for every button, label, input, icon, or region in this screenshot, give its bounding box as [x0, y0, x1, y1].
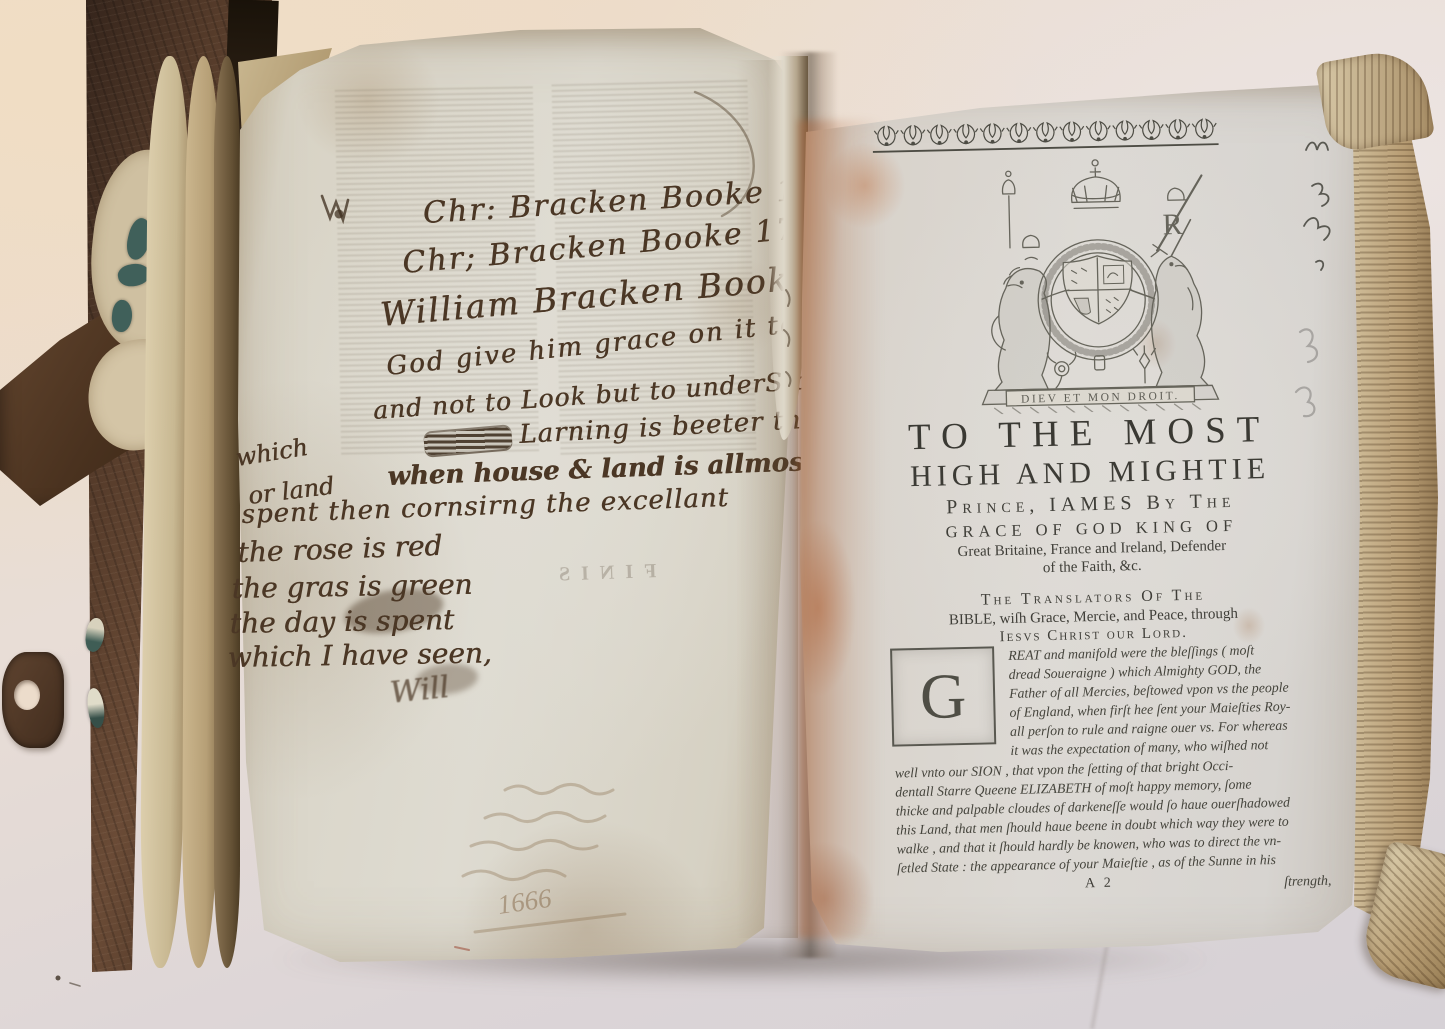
scepter-icon: [1002, 171, 1016, 248]
svg-text:R: R: [1162, 208, 1183, 241]
crown-icon: [1071, 159, 1121, 208]
bleedthrough-year: 1666: [496, 883, 554, 920]
curled-corner-top: [1315, 45, 1435, 154]
photo-antique-book: FINIS Chr: Bracken Booke 1424 Chr; Brack…: [0, 0, 1445, 1029]
torn-page-strip: [214, 56, 240, 968]
debris-speck: [70, 983, 80, 986]
clasp-remnant: [2, 652, 64, 748]
unicorn-supporter-icon: [1129, 219, 1208, 387]
dedication-line: dread Soueraigne ) which Almighty GOD, t…: [1009, 661, 1262, 683]
finis-bleedthrough: FINIS: [548, 560, 657, 587]
arms-motto-text: DIEV ET MON DROIT.: [1021, 390, 1180, 406]
debris-speck: [56, 976, 61, 981]
owner-signature: Will: [388, 670, 450, 711]
rose-icon: [1047, 352, 1076, 388]
inscription-line: the gras is green: [231, 568, 472, 605]
drop-cap-woodcut: G: [890, 646, 996, 746]
dedication-page-content: R: [826, 106, 1364, 928]
inscription-line: which I have seen,: [227, 636, 492, 674]
inscription-line: the day is spent: [229, 603, 454, 640]
garter-shield-icon: [1037, 239, 1160, 372]
drop-cap-letter: G: [919, 659, 967, 734]
royal-coat-of-arms: R: [945, 147, 1251, 416]
bleedthrough-inscription: 1666: [415, 772, 755, 947]
thistle-icon: [1133, 346, 1156, 383]
dedication-line: it was the expectation of many, who wiſh…: [1010, 737, 1268, 759]
dedication-line: REAT and manifold were the bleſſings ( m…: [1008, 642, 1254, 664]
